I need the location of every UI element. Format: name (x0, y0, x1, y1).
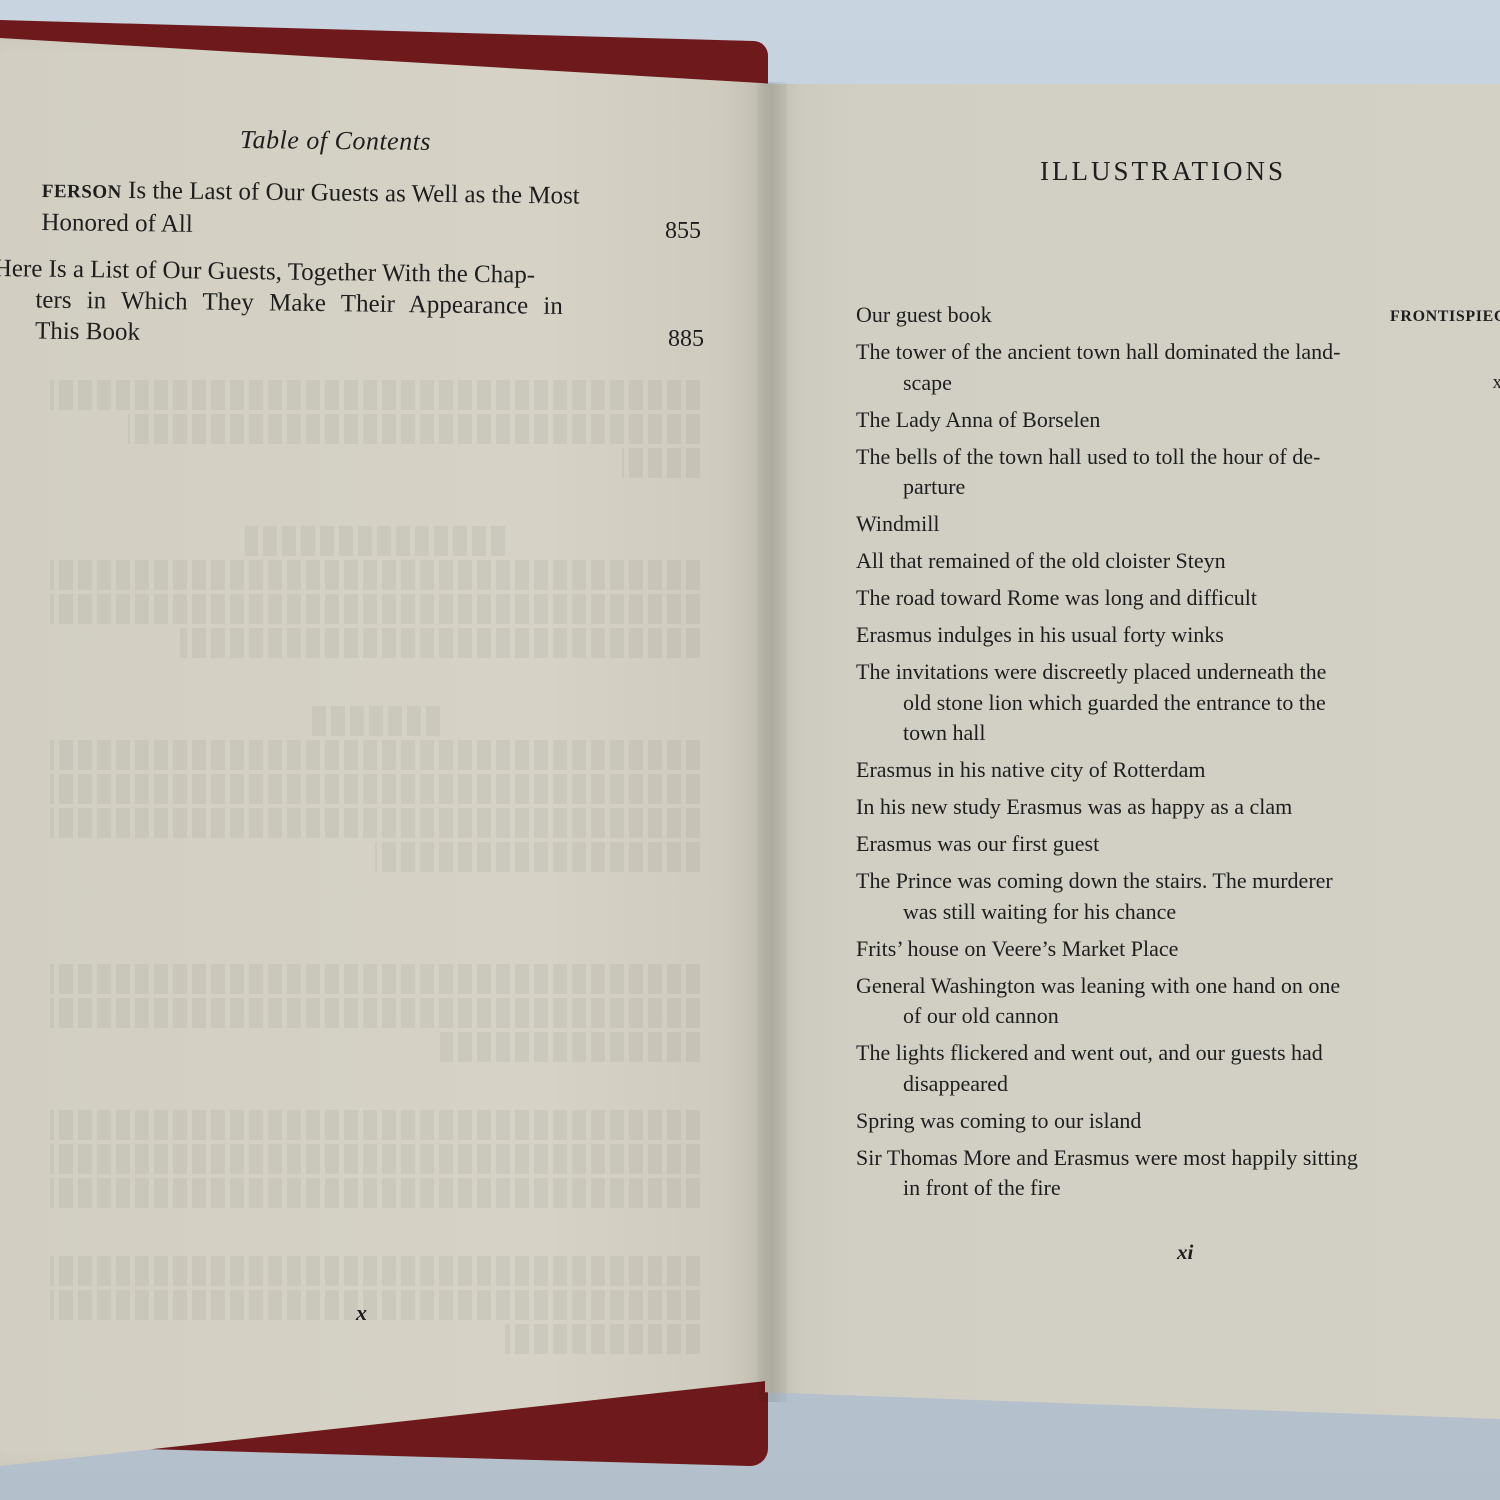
illustration-caption-cont: was still waiting for his chance (856, 899, 1176, 924)
illustration-caption: The Prince was coming down the stairs. T… (856, 868, 1333, 893)
illustration-caption: Windmill (856, 511, 939, 536)
illustration-page: 2 (1472, 547, 1500, 578)
illustration-item: The road toward Rome was long and diffic… (856, 583, 1462, 620)
illustration-item: Sir Thomas More and Erasmus were most ha… (856, 1143, 1462, 1211)
illustrations-list: Our guest book FRONTISPIEC The tower of … (856, 300, 1462, 1210)
illustration-item: The Prince was coming down the stairs. T… (856, 866, 1462, 934)
illustration-caption: Frits’ house on Veere’s Market Place (856, 936, 1178, 961)
illustration-caption: The lights flickered and went out, and o… (856, 1040, 1323, 1065)
illustration-item: Erasmus indulges in his usual forty wink… (856, 620, 1462, 657)
illustration-caption: Erasmus was our first guest (856, 831, 1099, 856)
illustration-page: 1 (1472, 473, 1500, 504)
illustration-caption: Our guest book (856, 302, 992, 327)
show-through-texture (50, 380, 700, 1358)
illustration-page: 7 (1472, 793, 1500, 824)
illustration-page: 9 (1472, 897, 1500, 928)
illustration-caption-cont: scape (856, 370, 952, 395)
illustration-caption-cont: of our old cannon (856, 1003, 1059, 1028)
illustration-page: FRONTISPIEC (1390, 302, 1500, 333)
illustrations-heading: ILLUSTRATIONS (1040, 156, 1286, 187)
illustration-caption: In his new study Erasmus was as happy as… (856, 794, 1292, 819)
illustration-item: Windmill 2 (856, 509, 1462, 546)
illustration-page: 7 (1472, 719, 1500, 750)
illustration-caption-cont: in front of the fire (856, 1175, 1061, 1200)
illustration-item: Erasmus in his native city of Rotterdam … (856, 755, 1462, 792)
illustration-page: 1 (1472, 1106, 1500, 1137)
illustration-page: 2 (1472, 510, 1500, 541)
illustration-caption: Spring was coming to our island (856, 1108, 1141, 1133)
illustration-caption: The Lady Anna of Borselen (856, 407, 1100, 432)
illustration-item: In his new study Erasmus was as happy as… (856, 792, 1462, 829)
illustration-caption: The invitations were discreetly placed u… (856, 659, 1326, 684)
illustration-item: The invitations were discreetly placed u… (856, 657, 1462, 755)
toc-entry-line: Honored of All (41, 207, 579, 245)
illustration-item: The tower of the ancient town hall domin… (856, 337, 1462, 405)
toc-heading: Table of Contents (240, 125, 431, 157)
illustration-page: 1 (1472, 1069, 1500, 1100)
illustration-item: The bells of the town hall used to toll … (856, 442, 1462, 510)
illustration-item: Erasmus was our first guest 8 (856, 829, 1462, 866)
illustration-item: Our guest book FRONTISPIEC (856, 300, 1462, 337)
illustration-caption: All that remained of the old cloister St… (856, 548, 1226, 573)
toc-page-number: 885 (668, 326, 704, 353)
illustration-page: 6 (1472, 621, 1500, 652)
illustration-caption-cont: parture (856, 474, 965, 499)
illustration-caption-cont: old stone lion which guarded the entranc… (856, 690, 1326, 715)
illustration-page: 5 (1472, 584, 1500, 615)
toc-entry-smallcaps-lead: FERSON (42, 181, 122, 203)
toc-page-number: 855 (665, 218, 701, 245)
illustration-page: 8 (1472, 830, 1500, 861)
illustration-item: All that remained of the old cloister St… (856, 546, 1462, 583)
illustration-page: 1 (1472, 934, 1500, 965)
toc-entry: FERSON Is the Last of Our Guests as Well… (41, 174, 580, 245)
illustration-page: xvii (1472, 368, 1500, 399)
illustration-caption: The tower of the ancient town hall domin… (856, 339, 1340, 364)
illustration-caption: Erasmus indulges in his usual forty wink… (856, 622, 1224, 647)
illustration-item: Frits’ house on Veere’s Market Place 1 (856, 934, 1462, 971)
illustration-page: 7 (1472, 756, 1500, 787)
toc-entry-line: Is the Last of Our Guests as Well as the… (128, 177, 580, 210)
illustration-item: The Lady Anna of Borselen (856, 405, 1462, 442)
illustration-caption: Sir Thomas More and Erasmus were most ha… (856, 1145, 1358, 1170)
book-gutter (757, 82, 787, 1402)
page-folio-left: x (356, 1300, 367, 1326)
illustration-caption-cont: town hall (856, 720, 986, 745)
illustration-caption-cont: disappeared (856, 1071, 1008, 1096)
illustration-page: 1 (1472, 1174, 1500, 1205)
illustration-caption: The bells of the town hall used to toll … (856, 444, 1320, 469)
illustration-item: Spring was coming to our island 1 (856, 1106, 1462, 1143)
illustration-caption: General Washington was leaning with one … (856, 973, 1340, 998)
page-folio-right: xi (1177, 1240, 1193, 1265)
illustration-item: General Washington was leaning with one … (856, 971, 1462, 1039)
illustration-page: 1 (1472, 1002, 1500, 1033)
illustration-caption: The road toward Rome was long and diffic… (856, 585, 1257, 610)
toc-entry: Here Is a List of Our Guests, Together W… (0, 253, 563, 353)
illustration-item: The lights flickered and went out, and o… (856, 1038, 1462, 1106)
illustration-caption: Erasmus in his native city of Rotterdam (856, 757, 1206, 782)
